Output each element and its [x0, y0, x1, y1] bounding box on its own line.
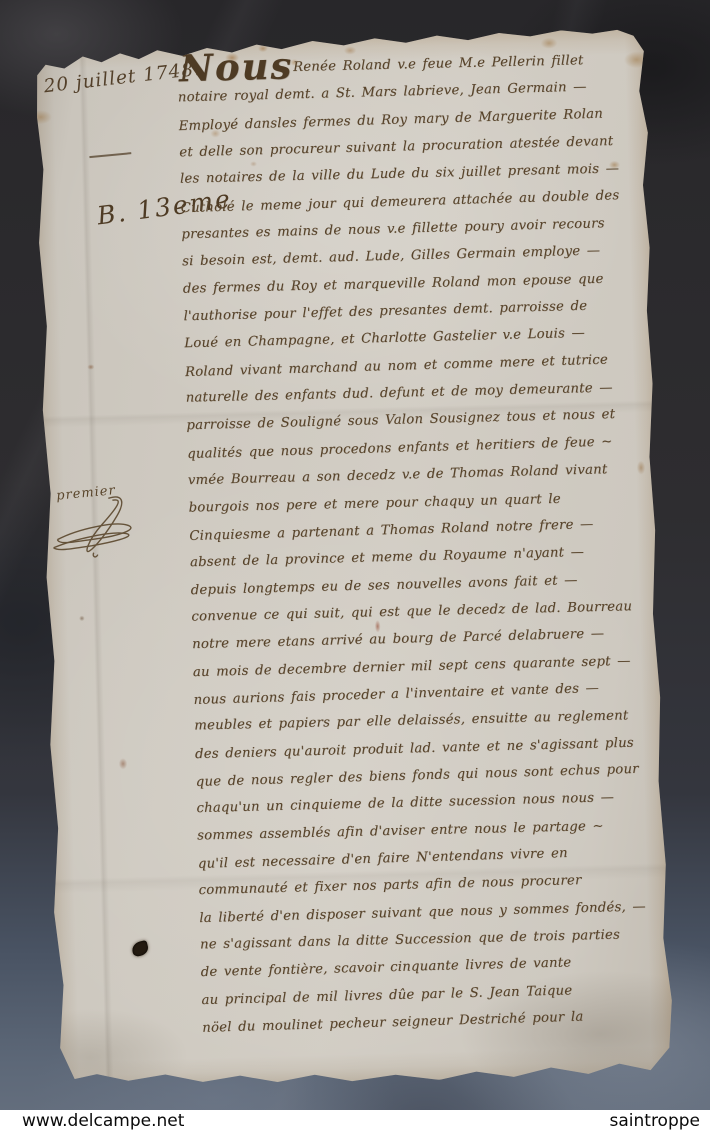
photo-background: 20 juillet 1748. B. 13eme premier Nous R…	[0, 0, 710, 1132]
watermark-bar: www.delcampe.net saintroppe	[0, 1110, 710, 1132]
paraph-flourish	[46, 489, 148, 562]
manuscript-text: Renée Roland v.e feue M.e Pellerin fille…	[177, 45, 665, 1041]
watermark-right-text: saintroppe	[610, 1111, 701, 1131]
document-sheet: 20 juillet 1748. B. 13eme premier Nous R…	[26, 28, 675, 1090]
watermark-left-text: www.delcampe.net	[22, 1111, 184, 1131]
